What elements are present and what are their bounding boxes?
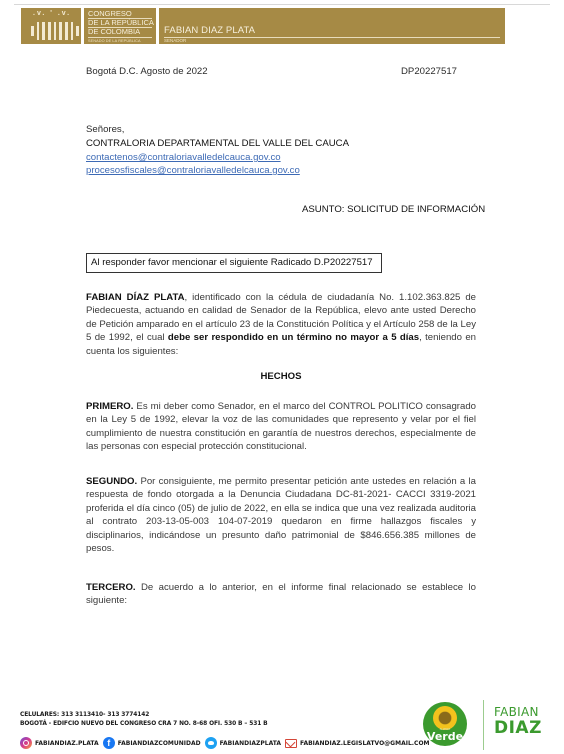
social-handle: FABIANDIAZCOMUNIDAD (118, 740, 201, 747)
institution-line: DE COLOMBIA (88, 28, 152, 37)
radicado-notice: Al responder favor mencionar el siguient… (86, 253, 382, 273)
section-title-hechos: HECHOS (86, 371, 476, 382)
gmail-icon (285, 739, 297, 748)
fact-segundo: SEGUNDO. Por consiguiente, me permito pr… (86, 475, 476, 555)
capitol-columns-icon (31, 22, 79, 40)
social-instagram[interactable]: FABIANDIAZ.PLATA (20, 737, 99, 749)
social-handle: FABIANDIAZ.PLATA (35, 740, 99, 747)
fact-label: SEGUNDO. (86, 476, 137, 487)
fact-label: PRIMERO. (86, 401, 133, 412)
brand-first-name: FABIAN (494, 705, 542, 719)
senator-role: SENADOR (164, 38, 186, 43)
social-handle: FABIANDIAZ.LEGISLATVO@GMAIL.COM (300, 740, 430, 747)
header-divider (164, 37, 500, 38)
email-link[interactable]: procesosfiscales@contraloriavalledelcauc… (86, 165, 300, 176)
email-link[interactable]: contactenos@contraloriavalledelcauca.gov… (86, 152, 281, 163)
fact-text: De acuerdo a lo anterior, en el informe … (86, 582, 476, 606)
alianza-verde-logo: ALIANZA Verde (423, 702, 467, 746)
letter-reference: DP20227517 (401, 66, 457, 77)
fact-label: TERCERO. (86, 582, 136, 593)
sunflower-icon (433, 706, 457, 730)
instagram-icon (20, 737, 32, 749)
institution-sub: SENADO DE LA REPÚBLICA (88, 38, 152, 44)
social-links: FABIANDIAZ.PLATA f FABIANDIAZCOMUNIDAD F… (20, 737, 434, 749)
fact-tercero: TERCERO. De acuerdo a lo anterior, en el… (86, 581, 476, 608)
email-contactenos: contactenos@contraloriavalledelcauca.gov… (86, 152, 281, 163)
congress-title-block: CONGRESO DE LA REPÚBLICA DE COLOMBIA SEN… (84, 8, 156, 44)
deadline-text: debe ser respondido en un término no may… (168, 332, 419, 343)
footer-contact: CELULARES: 313 3113410- 313 3774142 BOGO… (20, 710, 420, 728)
intro-paragraph: FABIAN DÍAZ PLATA, identificado con la c… (86, 291, 476, 358)
facebook-icon: f (103, 737, 115, 749)
social-gmail[interactable]: FABIANDIAZ.LEGISLATVO@GMAIL.COM (285, 739, 430, 748)
email-procesos: procesosfiscales@contraloriavalledelcauc… (86, 165, 300, 176)
salutation: Señores, (86, 124, 124, 135)
congress-building-logo: .v. ' .v. (21, 8, 81, 44)
footer-address: BOGOTÁ - EDIFCIO NUEVO DEL CONGRESO CRA … (20, 719, 388, 728)
twitter-icon (205, 737, 217, 749)
party-logo-text: Verde (423, 730, 467, 743)
petitioner-name: FABIAN DÍAZ PLATA (86, 292, 185, 303)
letter-date: Bogotá D.C. Agosto de 2022 (86, 66, 208, 77)
top-rule (14, 4, 550, 5)
logo-ornament-icon: .v. ' .v. (33, 10, 71, 17)
fact-primero: PRIMERO. Es mi deber como Senador, en el… (86, 400, 476, 454)
social-handle: FABIANDIAZPLATA (220, 740, 281, 747)
senator-name: FABIAN DIAZ PLATA (164, 25, 255, 36)
social-facebook[interactable]: f FABIANDIAZCOMUNIDAD (103, 737, 201, 749)
brand-last-name: DIAZ (494, 719, 542, 737)
addressee: CONTRALORIA DEPARTAMENTAL DEL VALLE DEL … (86, 138, 349, 149)
fact-text: Es mi deber como Senador, en el marco de… (86, 401, 476, 452)
fact-text: Por consiguiente, me permito presentar p… (86, 476, 476, 554)
brand-wordmark: FABIAN DIAZ (494, 705, 542, 737)
social-twitter[interactable]: FABIANDIAZPLATA (205, 737, 281, 749)
brand-divider (483, 700, 484, 750)
senator-header-band: FABIAN DIAZ PLATA SENADOR (159, 8, 505, 44)
subject-line: ASUNTO: SOLICITUD DE INFORMACIÓN (302, 204, 485, 215)
footer-phones: CELULARES: 313 3113410- 313 3774142 (20, 710, 388, 719)
